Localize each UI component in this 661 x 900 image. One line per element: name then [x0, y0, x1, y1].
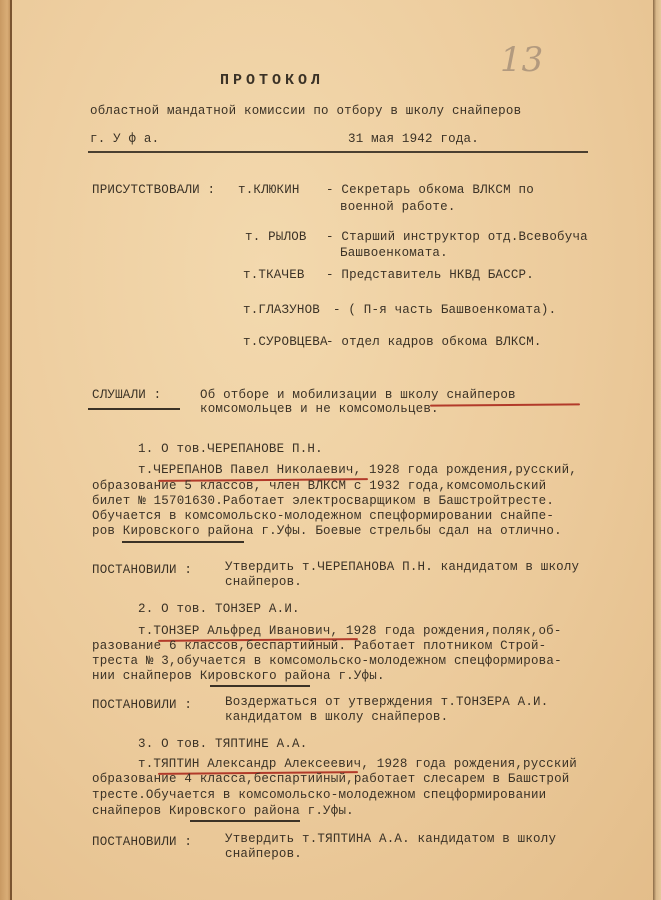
- present-member-name: т.КЛЮКИН: [238, 183, 300, 197]
- next-page-edge: [653, 0, 661, 900]
- case-text-line: снайперов Кировского района г.Уфы.: [92, 804, 354, 818]
- present-member-name: т.СУРОВЦЕВА: [243, 335, 328, 349]
- document-title: ПРОТОКОЛ: [220, 72, 324, 89]
- present-member-name: т. РЫЛОВ: [245, 230, 307, 244]
- case-text-line: билет № 15701630.Работает электросварщик…: [92, 494, 554, 508]
- pencil-underline: [210, 685, 310, 687]
- pencil-underline: [122, 541, 244, 543]
- resolution-text: Утвердить т.ЧЕРЕПАНОВА П.Н. кандидатом в…: [225, 560, 579, 574]
- resolution-text-cont: кандидатом в школу снайперов.: [225, 710, 448, 724]
- case-text-line: т.ТОНЗЕР Альфред Иванович, 1928 года рож…: [138, 624, 562, 638]
- case-text-line: ров Кировского района г.Уфы. Боевые стре…: [92, 524, 562, 538]
- case-text-line: разование 6 классов,беспартийный. Работа…: [92, 639, 546, 653]
- resolution-text: Утвердить т.ТЯПТИНА А.А. кандидатом в шк…: [225, 832, 556, 846]
- present-member-role-cont: военной работе.: [340, 200, 456, 214]
- pencil-underline: [190, 820, 300, 822]
- case-text-line: треста № 3,обучается в комсомольско-моло…: [92, 654, 562, 668]
- case-text-line: нии снайперов Кировского района г.Уфы.: [92, 669, 385, 683]
- resolved-label: ПОСТАНОВИЛИ :: [92, 835, 192, 849]
- case-text-line: Обучается в комсомольско-молодежном спец…: [92, 509, 554, 523]
- case-heading: 2. О тов. ТОНЗЕР А.И.: [138, 602, 300, 616]
- present-member-name: т.ГЛАЗУНОВ: [243, 303, 320, 317]
- resolved-label: ПОСТАНОВИЛИ :: [92, 698, 192, 712]
- resolution-text: Воздержаться от утверждения т.ТОНЗЕРА А.…: [225, 695, 548, 709]
- resolution-text-cont: снайперов.: [225, 847, 302, 861]
- document-date: 31 мая 1942 года.: [348, 132, 479, 146]
- resolved-label: ПОСТАНОВИЛИ :: [92, 563, 192, 577]
- present-member-role: - ( П-я часть Башвоенкомата).: [333, 303, 556, 317]
- folio-number: 13: [500, 40, 543, 80]
- resolution-text-cont: снайперов.: [225, 575, 302, 589]
- present-member-role: - отдел кадров обкома ВЛКСМ.: [326, 335, 542, 349]
- binding-fold-line: [10, 0, 12, 900]
- case-heading: 1. О тов.ЧЕРЕПАНОВЕ П.Н.: [138, 442, 323, 456]
- present-label: ПРИСУТСТВОВАЛИ :: [92, 183, 215, 197]
- heard-text: Об отборе и мобилизации в школу снайперо…: [200, 388, 516, 402]
- present-member-role-cont: Башвоенкомата.: [340, 246, 448, 260]
- case-text-line: образование 4 класса,беспартийный,работа…: [92, 772, 569, 786]
- case-text-line: т.ТЯПТИН Александр Алексеевич, 1928 года…: [138, 757, 577, 771]
- document-city: г. У ф а.: [90, 132, 159, 146]
- document-page: 13 ПРОТОКОЛ областной мандатной комиссии…: [0, 0, 661, 900]
- red-pencil-underline: [430, 403, 580, 406]
- present-member-role: - Представитель НКВД БАССР.: [326, 268, 534, 282]
- heard-text-cont: комсомольцев и не комсомольцев.: [200, 402, 439, 416]
- case-text-line: тресте.Обучается в комсомольско-молодежн…: [92, 788, 546, 802]
- case-text-line: образование 5 классов, член ВЛКСМ с 1932…: [92, 479, 546, 493]
- present-member-name: т.ТКАЧЕВ: [243, 268, 305, 282]
- heard-label-underline: [88, 408, 180, 410]
- header-divider: [88, 151, 588, 153]
- present-member-role: - Старший инструктор отд.Всевобуча: [326, 230, 588, 244]
- heard-label: СЛУШАЛИ :: [92, 388, 161, 402]
- present-member-role: - Секретарь обкома ВЛКСМ по: [326, 183, 534, 197]
- case-text-line: т.ЧЕРЕПАНОВ Павел Николаевич, 1928 года …: [138, 463, 577, 477]
- case-heading: 3. О тов. ТЯПТИНЕ А.А.: [138, 737, 307, 751]
- document-subtitle: областной мандатной комиссии по отбору в…: [90, 104, 521, 118]
